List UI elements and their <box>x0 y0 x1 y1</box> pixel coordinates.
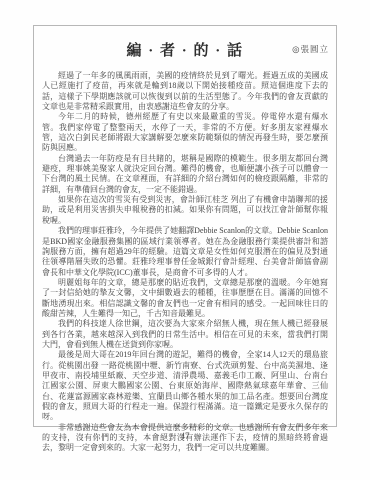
article-header: 編 · 者 · 的 · 話 ◎張圓立 <box>34 39 336 63</box>
document-page: 編 · 者 · 的 · 話 ◎張圓立 經過了一年多的風風雨雨，美國的疫情終於見到… <box>0 0 370 480</box>
page-number: 47 <box>0 431 370 441</box>
page-border-frame: 編 · 者 · 的 · 話 ◎張圓立 經過了一年多的風風雨雨，美國的疫情終於見到… <box>33 25 337 427</box>
body-paragraph: 我們的理事莊雅玲，今年提供了她翻譯Debbie Scanlon的文章。Debbi… <box>42 226 328 278</box>
body-paragraph: 今年二月的時候，德州經歷了有史以來最嚴重的雪災。停電停水還有爆水管。我們家停電了… <box>42 112 328 153</box>
article-body: 經過了一年多的風風雨雨，美國的疫情終於見到了曙光。捱過五成的美國成人已經施打了疫… <box>34 63 336 454</box>
body-paragraph: 最後是周大哥在2019年回台灣的遊記，難得的機會，全家14人12天的環島旅行。從… <box>42 350 328 422</box>
body-paragraph: 台灣過去一年防疫是有目共睹的，堪稱是國際的模範生。很多朋友都回台灣避疫，理事姚美… <box>42 154 328 195</box>
body-paragraph: 明麗姐每年的文章，總是那麼的貼近我們，文章總是那麼的溫暖。今年她寫了一封信給她的… <box>42 278 328 319</box>
author-byline: ◎張圓立 <box>292 43 329 55</box>
body-paragraph: 我們的科技達人徐世鋼，這次要為大家來介紹無人機，現在無人機已經發展到各行各業，越… <box>42 319 328 350</box>
page-title: 編 · 者 · 的 · 話 <box>126 39 243 60</box>
body-paragraph: 如果你在這次的雪災有受到災害，會計師江桂芝 列出了有機會申請聯邦的援助，或是利用… <box>42 195 328 226</box>
body-paragraph: 經過了一年多的風風雨雨，美國的疫情終於見到了曙光。捱過五成的美國成人已經施打了疫… <box>42 71 328 112</box>
